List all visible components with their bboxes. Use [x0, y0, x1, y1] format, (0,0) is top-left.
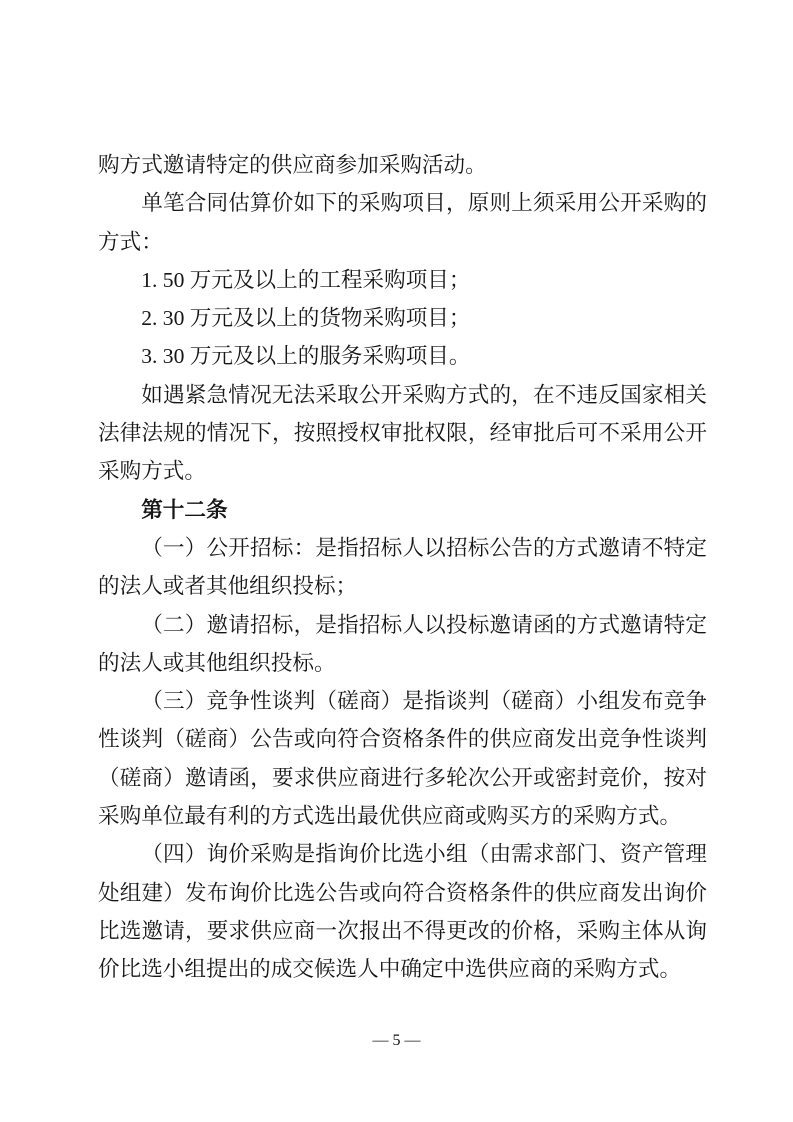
paragraph: 如遇紧急情况无法采取公开采购方式的，在不违反国家相关法律法规的情况下，按照授权审… — [98, 376, 707, 491]
page-number: — 5 — — [0, 1031, 793, 1051]
list-item: 2. 30 万元及以上的货物采购项目； — [98, 299, 707, 337]
document-page: 购方式邀请特定的供应商参加采购活动。 单笔合同估算价如下的采购项目，原则上须采用… — [0, 0, 793, 1122]
list-item: 3. 30 万元及以上的服务采购项目。 — [98, 337, 707, 375]
list-item: 1. 50 万元及以上的工程采购项目； — [98, 261, 707, 299]
paragraph: （三）竞争性谈判（磋商）是指谈判（磋商）小组发布竞争性谈判（磋商）公告或向符合资… — [98, 682, 707, 835]
document-body: 购方式邀请特定的供应商参加采购活动。 单笔合同估算价如下的采购项目，原则上须采用… — [98, 146, 707, 989]
paragraph: （四）询价采购是指询价比选小组（由需求部门、资产管理处组建）发布询价比选公告或向… — [98, 835, 707, 988]
paragraph: （一）公开招标：是指招标人以招标公告的方式邀请不特定的法人或者其他组织投标； — [98, 529, 707, 606]
document-screenshot: { "document": { "language": "zh-CN", "pa… — [0, 0, 793, 1122]
article-heading: 第十二条 — [98, 491, 707, 529]
paragraph: （二）邀请招标，是指招标人以投标邀请函的方式邀请特定的法人或其他组织投标。 — [98, 606, 707, 683]
paragraph: 单笔合同估算价如下的采购项目，原则上须采用公开采购的方式： — [98, 184, 707, 261]
paragraph-continuation: 购方式邀请特定的供应商参加采购活动。 — [98, 146, 707, 184]
